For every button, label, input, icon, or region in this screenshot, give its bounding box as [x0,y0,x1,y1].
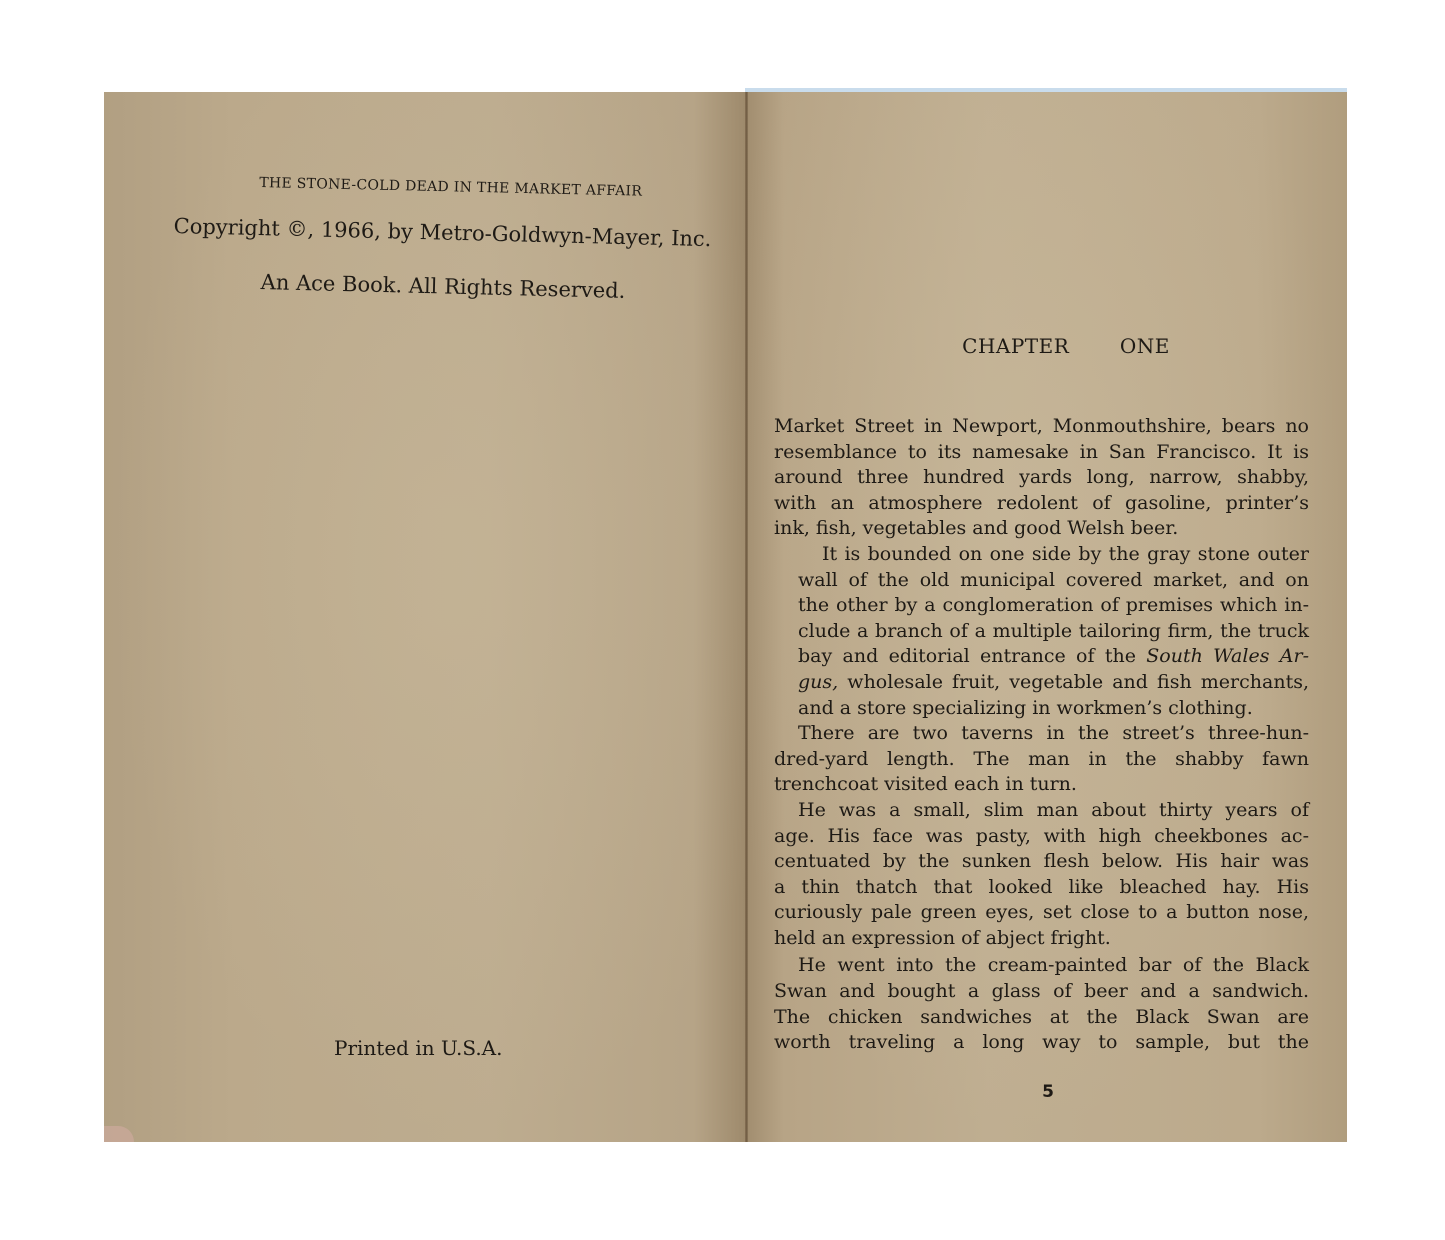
text-line: with an atmosphere redolent of gasoline,… [774,491,1309,517]
text-line: Market Street in Newport, Monmouthshire,… [774,414,1309,440]
paragraph-2: It is bounded on one side by the gray st… [774,542,1309,721]
rights-notice: An Ace Book. All Rights Reserved. [260,270,660,304]
paragraph-5: He went into the cream-painted bar of th… [774,953,1309,1055]
text-line: gus, wholesale fruit, vegetable and fish… [774,670,1309,696]
chapter-page: CHAPTER ONE Market Street in Newport, Mo… [748,92,1347,1142]
text-line: and a store specializing in workmen’s cl… [774,696,1309,722]
book-spread: THE STONE-COLD DEAD IN THE MARKET AFFAIR… [104,92,1347,1142]
chapter-body: Market Street in Newport, Monmouthshire,… [774,414,1309,1056]
text-line: wall of the old municipal covered market… [774,568,1309,594]
text-line: ink, fish, vegetables and good Welsh bee… [774,516,1309,542]
text-line: clude a branch of a multiple tailoring f… [774,619,1309,645]
text-line: dred-yard length. The man in the shabby … [774,747,1309,773]
page-number: 5 [1028,1082,1068,1102]
text-line: He went into the cream-painted bar of th… [774,953,1309,979]
text-line: Swan and bought a glass of beer and a sa… [774,979,1309,1005]
text-line: curiously pale green eyes, set close to … [774,900,1309,926]
text-line: It is bounded on one side by the gray st… [774,542,1309,568]
copyright-page: THE STONE-COLD DEAD IN THE MARKET AFFAIR… [104,92,745,1142]
chapter-heading: CHAPTER ONE [946,334,1186,358]
text-line: a thin thatch that looked like bleached … [774,875,1309,901]
printed-notice: Printed in U.S.A. [334,1036,574,1060]
paragraph-3: There are two taverns in the street’s th… [774,721,1309,798]
text-line italic-line: bay and editorial entrance of the South … [774,644,1309,670]
text-line: the other by a conglomeration of premise… [774,593,1309,619]
copyright-notice: Copyright ©, 1966, by Metro-Goldwyn-Maye… [173,214,733,252]
text-line: trenchcoat visited each in turn. [774,772,1309,798]
paragraph-1: Market Street in Newport, Monmouthshire,… [774,414,1309,542]
text-line: There are two taverns in the street’s th… [774,721,1309,747]
text-line: The chicken sandwiches at the Black Swan… [774,1005,1309,1031]
text-line: centuated by the sunken flesh below. His… [774,849,1309,875]
text-line: age. His face was pasty, with high cheek… [774,824,1309,850]
book-title: THE STONE-COLD DEAD IN THE MARKET AFFAIR [216,174,686,201]
text-line: resemblance to its namesake in San Franc… [774,440,1309,466]
text-line: around three hundred yards long, narrow,… [774,465,1309,491]
text-line: worth traveling a long way to sample, bu… [774,1030,1309,1056]
text-line: held an expression of abject fright. [774,926,1309,952]
paragraph-4: He was a small, slim man about thirty ye… [774,798,1309,952]
text-line: He was a small, slim man about thirty ye… [774,798,1309,824]
thumb-edge [104,1126,134,1142]
